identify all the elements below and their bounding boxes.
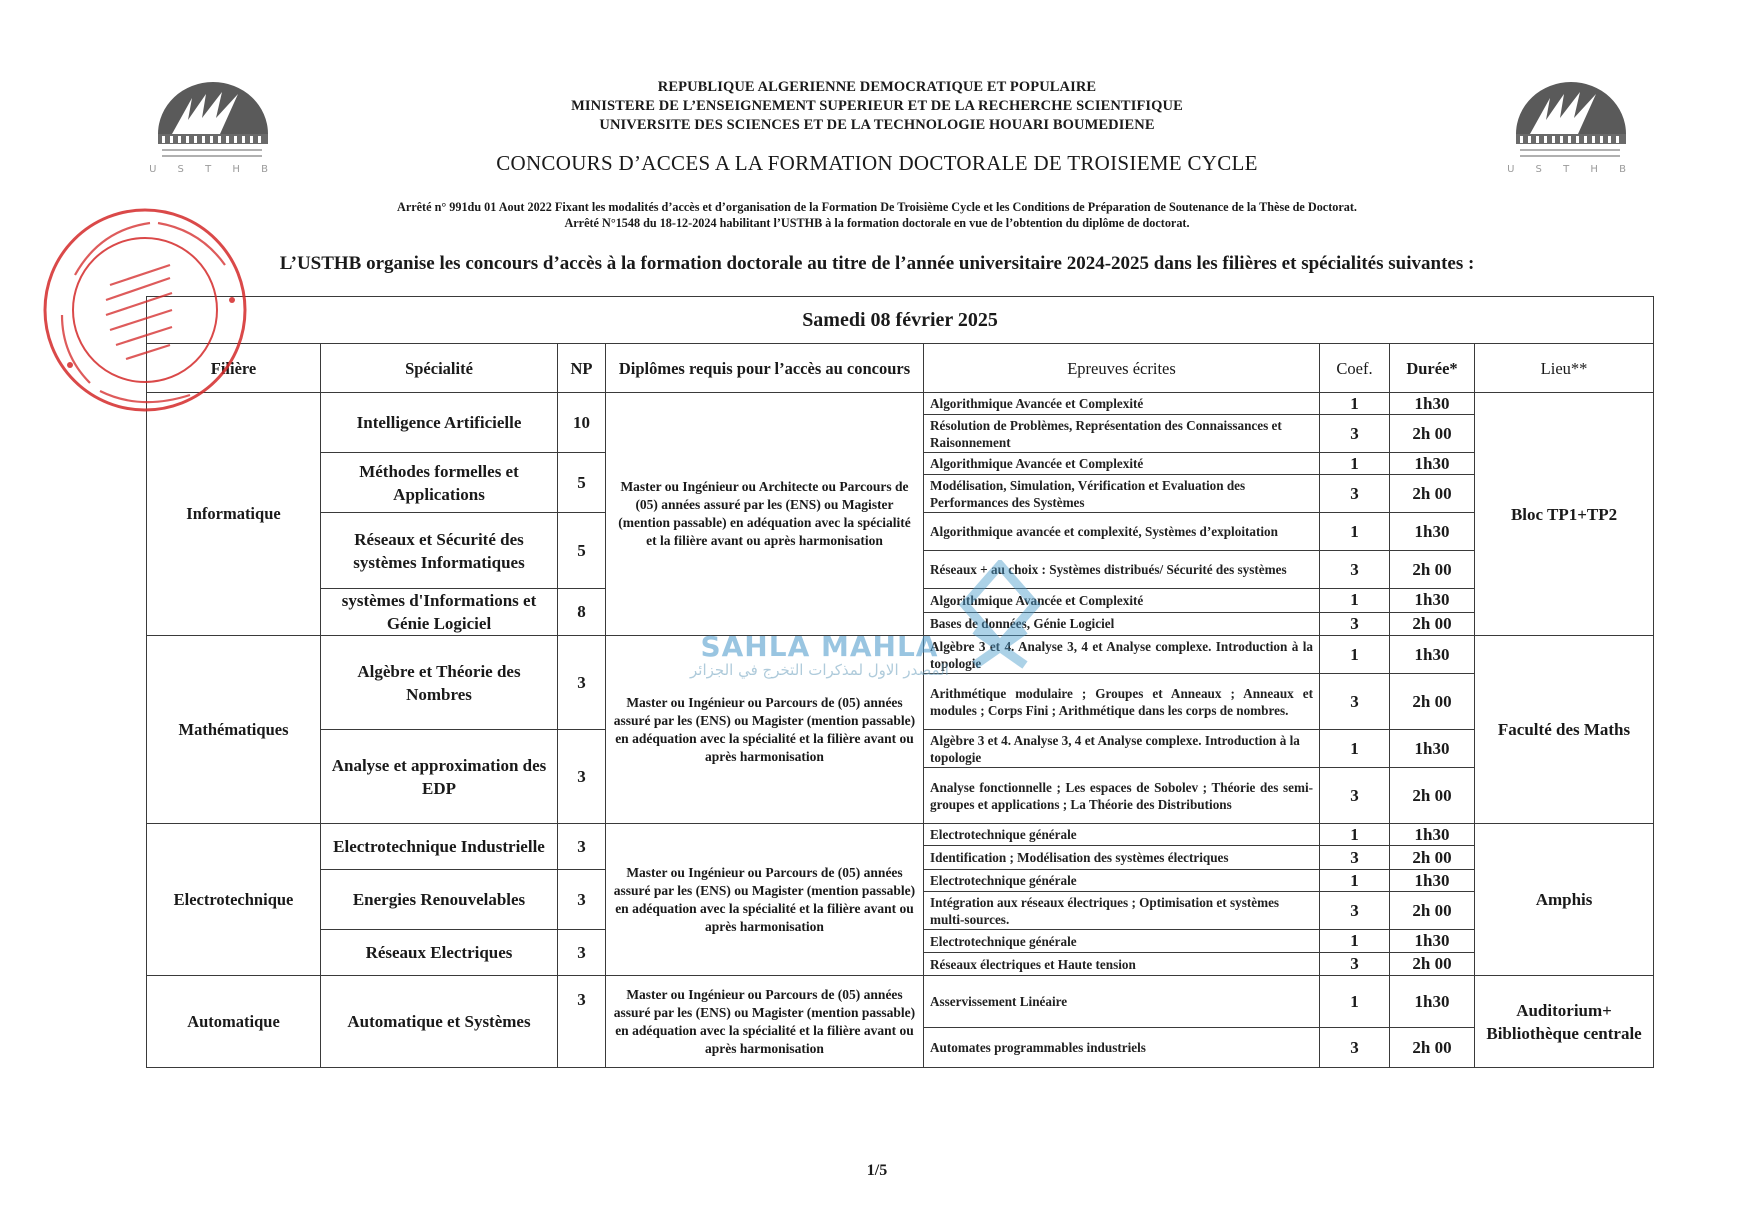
epreuve: Algèbre 3 et 4. Analyse 3, 4 et Analyse … — [924, 730, 1320, 768]
col-filiere: Filière — [147, 344, 321, 393]
diplomes-requis: Master ou Ingénieur ou Architecte ou Par… — [606, 393, 924, 636]
diplomes-requis: Master ou Ingénieur ou Parcours de (05) … — [606, 824, 924, 976]
duree-value: 2h 00 — [1390, 768, 1475, 824]
duree-value: 2h 00 — [1390, 953, 1475, 976]
header-line: UNIVERSITE DES SCIENCES ET DE LA TECHNOL… — [0, 116, 1754, 135]
coef-value: 3 — [1320, 1028, 1390, 1068]
col-np: NP — [558, 344, 606, 393]
col-diplomes: Diplômes requis pour l’accès au concours — [606, 344, 924, 393]
table-header-row: Filière Spécialité NP Diplômes requis po… — [147, 344, 1654, 393]
np-value: 3 — [558, 870, 606, 930]
col-specialite: Spécialité — [321, 344, 558, 393]
epreuve: Identification ; Modélisation des systèm… — [924, 846, 1320, 870]
arrete-line: Arrêté N°1548 du 18-12-2024 habilitant l… — [0, 215, 1754, 231]
duree-value: 1h30 — [1390, 730, 1475, 768]
specialite: Intelligence Artificielle — [321, 393, 558, 453]
duree-value: 1h30 — [1390, 824, 1475, 846]
coef-value: 3 — [1320, 768, 1390, 824]
legal-references: Arrêté n° 991du 01 Aout 2022 Fixant les … — [0, 199, 1754, 231]
duree-value: 2h 00 — [1390, 415, 1475, 453]
epreuve: Algorithmique Avancée et Complexité — [924, 589, 1320, 613]
np-value: 5 — [558, 453, 606, 513]
np-value: 10 — [558, 393, 606, 453]
col-coef: Coef. — [1320, 344, 1390, 393]
epreuve: Résolution de Problèmes, Représentation … — [924, 415, 1320, 453]
duree-value: 1h30 — [1390, 393, 1475, 415]
duree-value: 1h30 — [1390, 453, 1475, 475]
epreuve: Algorithmique avancée et complexité, Sys… — [924, 513, 1320, 551]
np-value: 8 — [558, 589, 606, 636]
table-row: Informatique Intelligence Artificielle 1… — [147, 393, 1654, 415]
duree-value: 1h30 — [1390, 976, 1475, 1028]
coef-value: 3 — [1320, 612, 1390, 636]
duree-value: 2h 00 — [1390, 1028, 1475, 1068]
specialite: Energies Renouvelables — [321, 870, 558, 930]
coef-value: 1 — [1320, 824, 1390, 846]
intro-paragraph: L’USTHB organise les concours d’accès à … — [0, 253, 1754, 275]
filiere-mathematiques: Mathématiques — [147, 636, 321, 824]
coef-value: 3 — [1320, 953, 1390, 976]
specialite: Réseaux et Sécurité des systèmes Informa… — [321, 513, 558, 589]
np-value: 3 — [558, 930, 606, 976]
epreuve: Bases de données, Génie Logiciel — [924, 612, 1320, 636]
filiere-electrotechnique: Electrotechnique — [147, 824, 321, 976]
exam-date: Samedi 08 février 2025 — [147, 297, 1654, 344]
diplomes-requis: Master ou Ingénieur ou Parcours de (05) … — [606, 636, 924, 824]
header-line: REPUBLIQUE ALGERIENNE DEMOCRATIQUE ET PO… — [0, 78, 1754, 97]
epreuve: Asservissement Linéaire — [924, 976, 1320, 1028]
table-row: Electrotechnique Electrotechnique Indust… — [147, 824, 1654, 846]
diplomes-requis: Master ou Ingénieur ou Parcours de (05) … — [606, 976, 924, 1068]
duree-value: 2h 00 — [1390, 892, 1475, 930]
exam-schedule-table: Samedi 08 février 2025 Filière Spécialit… — [146, 296, 1654, 1068]
lieu-value: Auditorium+ Bibliothèque centrale — [1475, 976, 1654, 1068]
duree-value: 1h30 — [1390, 589, 1475, 613]
specialite: Electrotechnique Industrielle — [321, 824, 558, 870]
col-lieu: Lieu** — [1475, 344, 1654, 393]
coef-value: 3 — [1320, 551, 1390, 589]
institution-header: REPUBLIQUE ALGERIENNE DEMOCRATIQUE ET PO… — [0, 78, 1754, 135]
lieu-value: Amphis — [1475, 824, 1654, 976]
duree-value: 2h 00 — [1390, 846, 1475, 870]
epreuve: Analyse fonctionnelle ; Les espaces de S… — [924, 768, 1320, 824]
lieu-value: Faculté des Maths — [1475, 636, 1654, 824]
np-value: 3 — [558, 976, 606, 1068]
document-title: CONCOURS D’ACCES A LA FORMATION DOCTORAL… — [0, 151, 1754, 176]
duree-value: 2h 00 — [1390, 475, 1475, 513]
page-number: 1/5 — [0, 1162, 1754, 1180]
epreuve: Electrotechnique générale — [924, 824, 1320, 846]
coef-value: 3 — [1320, 475, 1390, 513]
epreuve: Modélisation, Simulation, Vérification e… — [924, 475, 1320, 513]
col-duree: Durée* — [1390, 344, 1475, 393]
coef-value: 1 — [1320, 870, 1390, 892]
coef-value: 1 — [1320, 976, 1390, 1028]
header-line: MINISTERE DE L’ENSEIGNEMENT SUPERIEUR ET… — [0, 97, 1754, 116]
coef-value: 1 — [1320, 393, 1390, 415]
arrete-line: Arrêté n° 991du 01 Aout 2022 Fixant les … — [0, 199, 1754, 215]
coef-value: 3 — [1320, 415, 1390, 453]
filiere-automatique: Automatique — [147, 976, 321, 1068]
epreuve: Automates programmables industriels — [924, 1028, 1320, 1068]
coef-value: 3 — [1320, 846, 1390, 870]
coef-value: 1 — [1320, 730, 1390, 768]
duree-value: 2h 00 — [1390, 551, 1475, 589]
specialite: systèmes d'Informations et Génie Logicie… — [321, 589, 558, 636]
duree-value: 2h 00 — [1390, 674, 1475, 730]
duree-value: 2h 00 — [1390, 612, 1475, 636]
coef-value: 1 — [1320, 636, 1390, 674]
np-value: 3 — [558, 636, 606, 730]
coef-value: 1 — [1320, 513, 1390, 551]
lieu-value: Bloc TP1+TP2 — [1475, 393, 1654, 636]
duree-value: 1h30 — [1390, 870, 1475, 892]
duree-value: 1h30 — [1390, 513, 1475, 551]
epreuve: Algorithmique Avancée et Complexité — [924, 453, 1320, 475]
np-value: 3 — [558, 730, 606, 824]
coef-value: 1 — [1320, 589, 1390, 613]
epreuve: Algorithmique Avancée et Complexité — [924, 393, 1320, 415]
coef-value: 3 — [1320, 674, 1390, 730]
filiere-informatique: Informatique — [147, 393, 321, 636]
specialite: Analyse et approximation des EDP — [321, 730, 558, 824]
duree-value: 1h30 — [1390, 930, 1475, 953]
col-epreuves: Epreuves écrites — [924, 344, 1320, 393]
epreuve: Réseaux électriques et Haute tension — [924, 953, 1320, 976]
duree-value: 1h30 — [1390, 636, 1475, 674]
table-row: Automatique Automatique et Systèmes 3 Ma… — [147, 976, 1654, 1028]
coef-value: 3 — [1320, 892, 1390, 930]
epreuve: Réseaux + au choix : Systèmes distribués… — [924, 551, 1320, 589]
epreuve: Arithmétique modulaire ; Groupes et Anne… — [924, 674, 1320, 730]
epreuve: Electrotechnique générale — [924, 870, 1320, 892]
np-value: 5 — [558, 513, 606, 589]
specialite: Automatique et Systèmes — [321, 976, 558, 1068]
specialite: Méthodes formelles et Applications — [321, 453, 558, 513]
specialite: Algèbre et Théorie des Nombres — [321, 636, 558, 730]
epreuve: Intégration aux réseaux électriques ; Op… — [924, 892, 1320, 930]
specialite: Réseaux Electriques — [321, 930, 558, 976]
np-value: 3 — [558, 824, 606, 870]
table-row: Mathématiques Algèbre et Théorie des Nom… — [147, 636, 1654, 674]
coef-value: 1 — [1320, 930, 1390, 953]
epreuve: Algèbre 3 et 4. Analyse 3, 4 et Analyse … — [924, 636, 1320, 674]
coef-value: 1 — [1320, 453, 1390, 475]
epreuve: Electrotechnique générale — [924, 930, 1320, 953]
